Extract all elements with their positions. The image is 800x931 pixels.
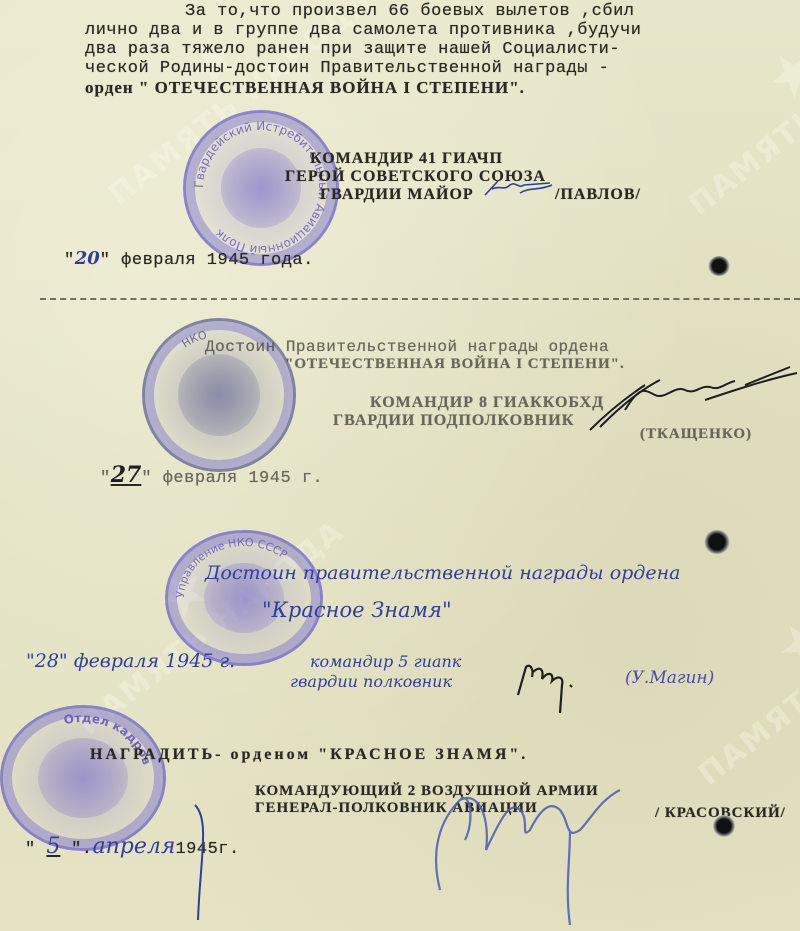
handwritten-signatory-title: гвардии полковник — [290, 672, 452, 691]
citation-line: лично два и в группе два самолета против… — [85, 21, 642, 40]
punch-hole — [704, 530, 730, 554]
recommendation-line: "ОТЕЧЕСТВЕННАЯ ВОЙНА I СТЕПЕНИ". — [285, 356, 625, 373]
handwritten-signatory-name: (У.Магин) — [625, 668, 714, 688]
section-divider — [40, 298, 800, 300]
signature-krasovsky — [420, 760, 660, 931]
signatory-title: КОМАНДИР 41 ГИАЧП — [310, 150, 503, 168]
handwritten-recommendation: Достоин правительственной награды ордена — [205, 562, 680, 584]
date-line: "27" февраля 1945 г. — [100, 462, 323, 488]
signature-tkachenko — [585, 355, 800, 435]
signatory-name: /ПАВЛОВ/ — [555, 186, 641, 204]
month-flourish — [140, 800, 210, 930]
date-text: февраля 1945 г. — [163, 469, 324, 488]
watermark: ★ПАМЯТЬ НАРОДА — [657, 519, 800, 791]
citation-line: ческой Родины-достоин Правительственной … — [85, 59, 609, 78]
date-text: февраля 1945 года. — [121, 251, 314, 270]
signatory-title: ГВАРДИИ ПОДПОЛКОВНИК — [333, 412, 574, 430]
recommendation-line: Достоин Правительственной награды ордена — [205, 338, 609, 356]
watermark: ★ПАМЯТЬ НАРОДА — [647, 0, 800, 221]
signatory-title: ГВАРДИИ МАЙОР — [320, 186, 474, 204]
regiment-stamp: Гвардейский Истребительный Авиационный П… — [183, 110, 339, 266]
state-emblem-icon — [178, 354, 260, 436]
punch-hole — [708, 256, 730, 276]
signatory-name: (ТКАЩЕНКО) — [640, 426, 752, 443]
date-day-handwritten: 27 — [111, 462, 142, 488]
signature-pavlov — [480, 175, 560, 203]
document-page: ★ПАМЯТЬ НАРОДА ★ПАМЯТЬ НАРОДА ★ПАМЯТЬ НА… — [0, 0, 800, 931]
signature-magin — [508, 655, 598, 715]
handwritten-award-name: "Красное Знамя" — [262, 598, 452, 622]
date-day-handwritten: 5 — [46, 834, 60, 859]
citation-line: орден " ОТЕЧЕСТВЕННАЯ ВОЙНА I СТЕПЕНИ". — [85, 78, 525, 98]
handwritten-date: "28" февраля 1945 г. — [26, 650, 235, 672]
citation-line: два раза тяжело ранен при защите нашей С… — [85, 40, 620, 59]
date-day-handwritten: 20 — [75, 248, 100, 269]
handwritten-signatory-title: командир 5 гиапк — [310, 652, 461, 671]
signatory-title: КОМАНДИР 8 ГИАККОБХД — [370, 394, 604, 412]
state-emblem-icon — [221, 148, 301, 228]
date-line: "20" февраля 1945 года. — [64, 248, 314, 270]
citation-line: За то,что произвел 66 боевых вылетов ,сб… — [185, 2, 634, 21]
punch-hole — [713, 815, 735, 837]
